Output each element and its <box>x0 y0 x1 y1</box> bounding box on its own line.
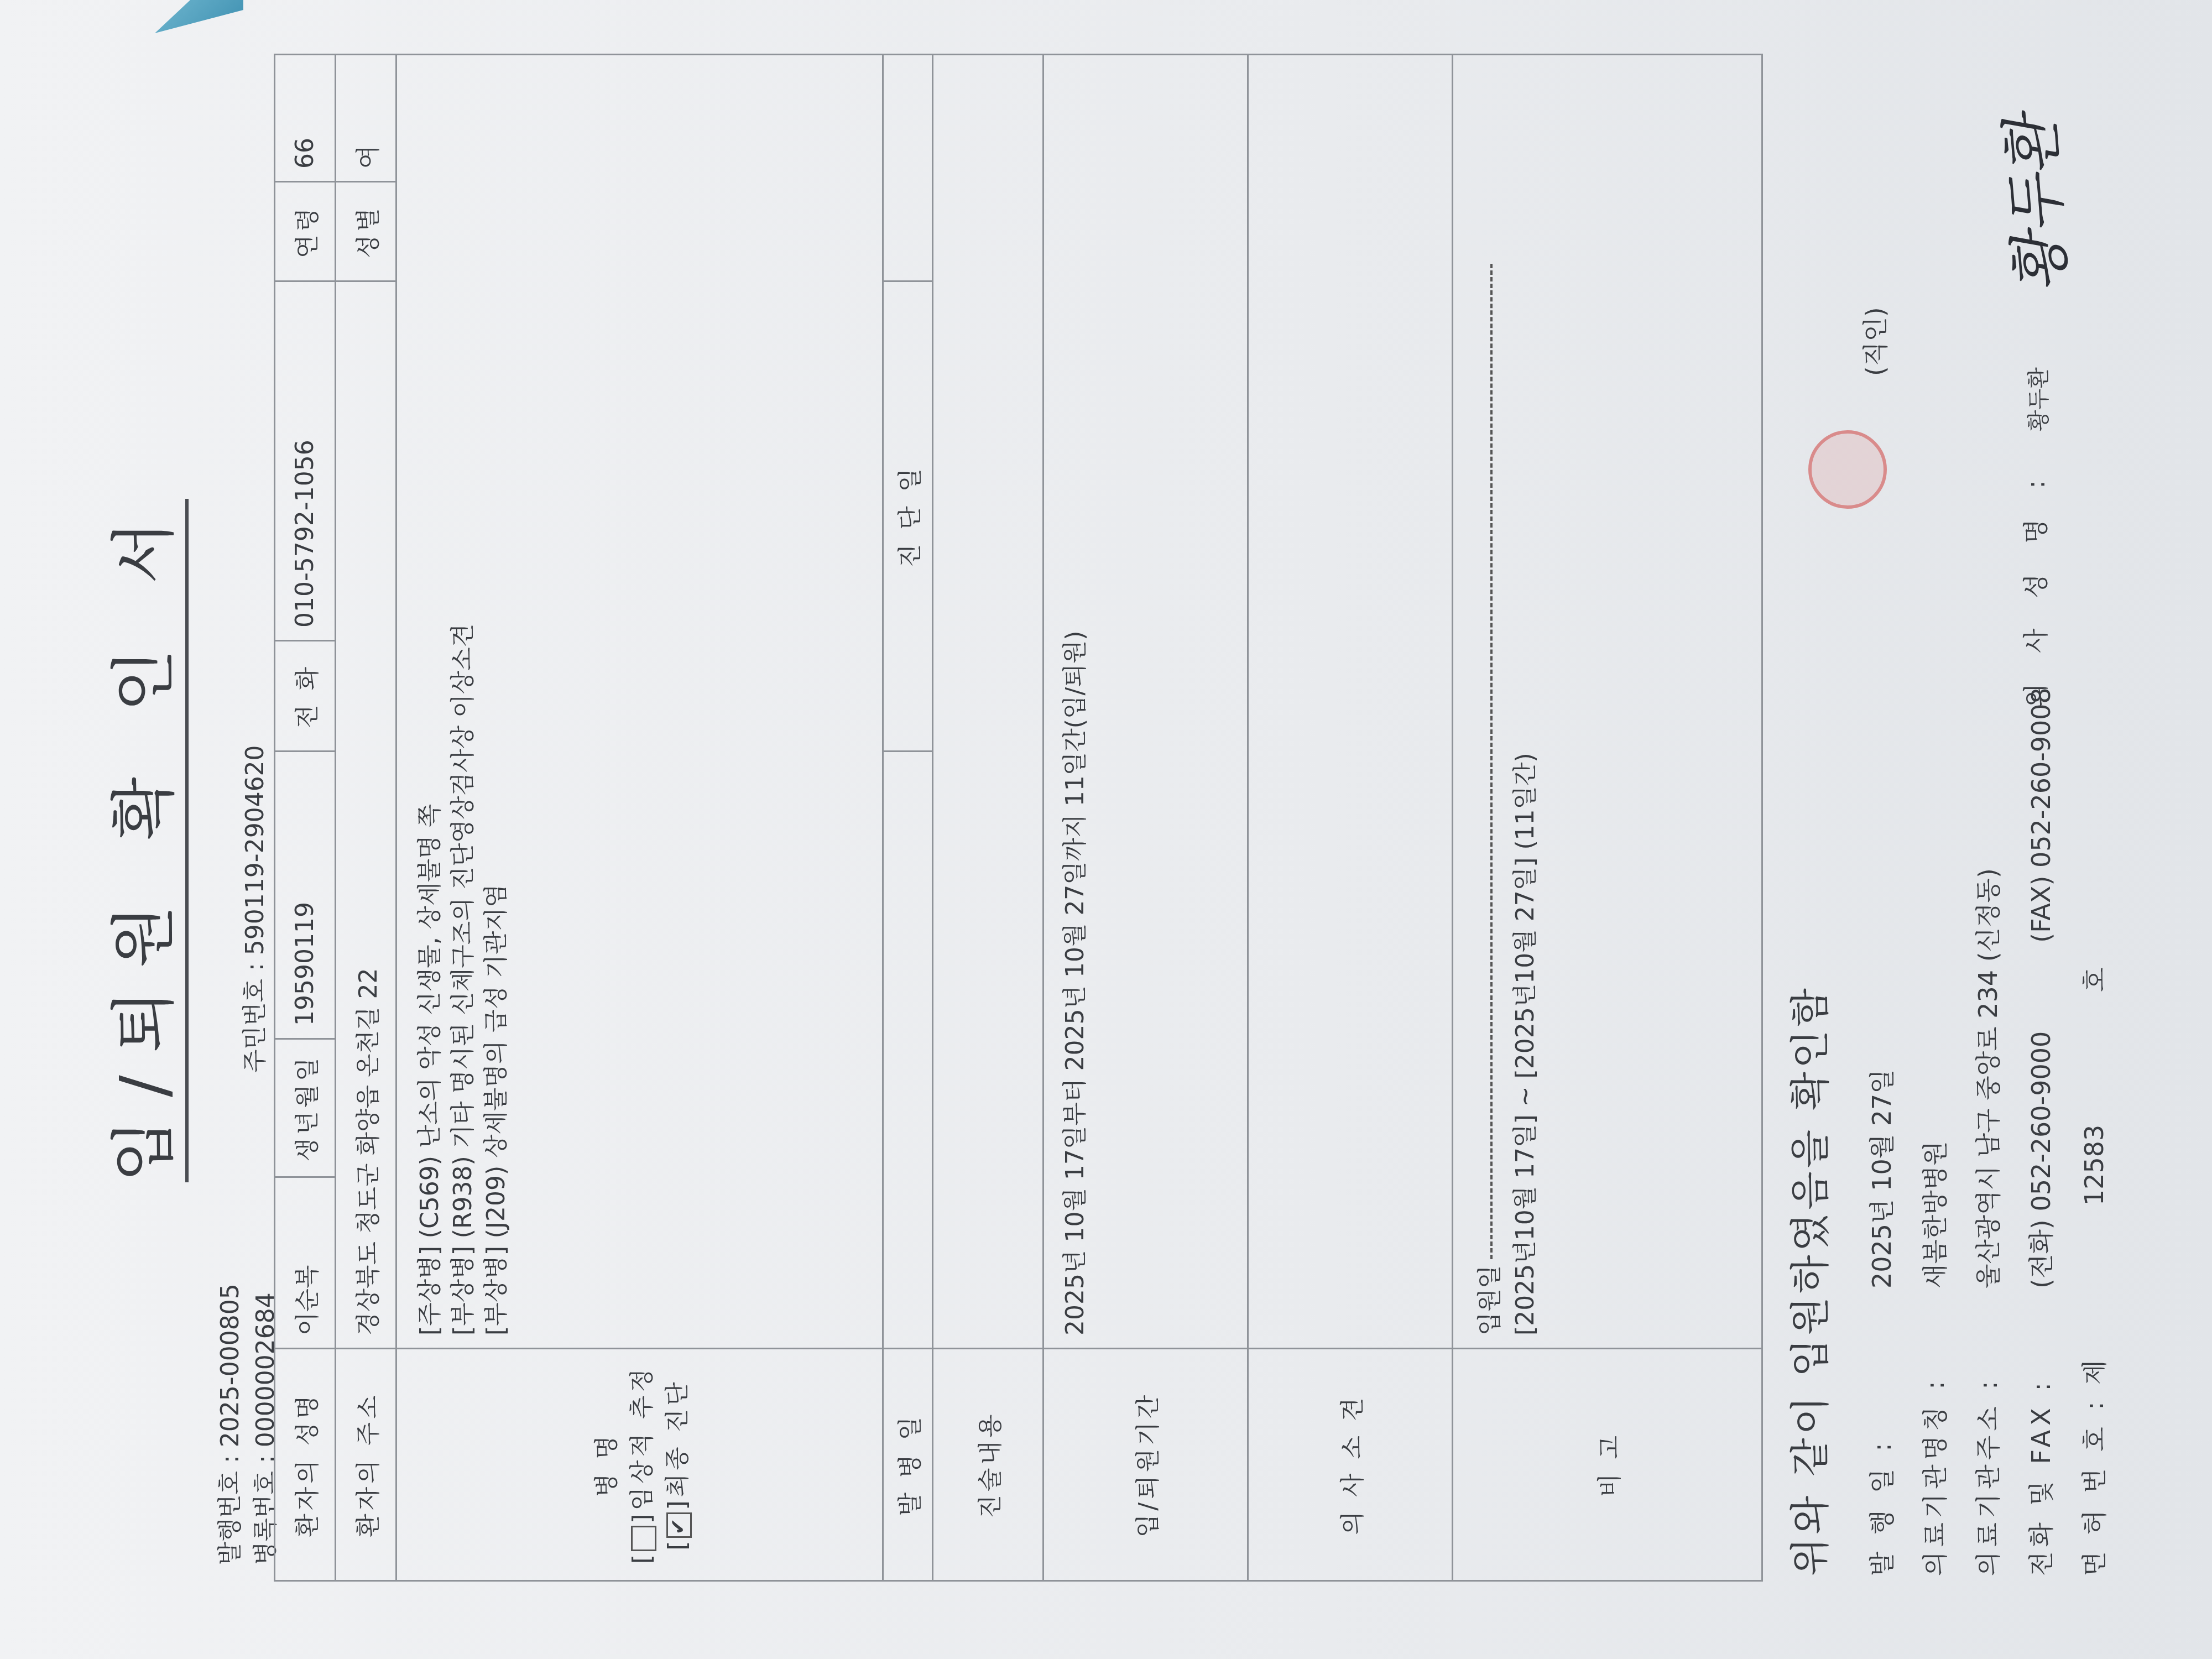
label-opinion: 의 사 소 견 <box>1248 1349 1453 1581</box>
label-statement: 진술내용 <box>933 1349 1044 1581</box>
org-address-row: 의료기관주소 :울산광역시 남구 중앙로 234 (신정동) <box>1961 83 2015 1576</box>
row-statement: 진술내용 <box>933 55 1044 1581</box>
period-value: 2025년 10월 17일부터 2025년 10월 27일까지 11일간(입/퇴… <box>1044 55 1248 1349</box>
label-address: 환자의 주소 <box>336 1349 397 1581</box>
dashed-separator <box>1490 264 1493 1259</box>
label-age: 연령 <box>275 182 336 281</box>
diagnosis-type: 병 명 []임상적 추정 [✔]최종 진단 <box>397 1349 883 1581</box>
row-diagnosis: 병 명 []임상적 추정 [✔]최종 진단 [주상병] (C569) 난소의 악… <box>397 55 883 1581</box>
doctor-signature: 황두환 <box>1982 114 2081 296</box>
doctor-name: 황두환 <box>2021 367 2053 431</box>
row-remarks: 비 고 입원일 [2025년10월 17일] ~ [2025년10월 27일] … <box>1453 55 1762 1581</box>
diagnosis-date <box>883 55 933 281</box>
row-onset: 발 병 일 진 단 일 <box>883 55 933 1581</box>
label-phone: 전 화 <box>275 641 336 752</box>
row-period: 입/퇴원기간 2025년 10월 17일부터 2025년 10월 27일까지 1… <box>1044 55 1248 1581</box>
patient-address: 경상북도 청도군 화양읍 온천길 22 <box>336 281 397 1349</box>
label-onset: 발 병 일 <box>883 1349 933 1581</box>
diagnosis-main: [주상병] (C569) 난소의 악성 신생물, 상세불명 쪽 <box>414 67 447 1335</box>
admission-discharge-certificate: 입/퇴원 확 인 서 발행번호 : 2025-000805 병록번호 : 000… <box>30 33 2212 1648</box>
onset-date <box>883 752 933 1349</box>
patient-age: 66 <box>275 55 336 182</box>
label-birth: 생년월일 <box>275 1039 336 1177</box>
page-title: 입/퇴원 확 인 서 <box>91 33 185 1648</box>
option-final-diagnosis[interactable]: [✔]최종 진단 <box>658 1361 693 1568</box>
label-sex: 성별 <box>336 182 397 281</box>
admit-range: [2025년10월 17일] ~ [2025년10월 27일] (11일간) <box>1505 67 1541 1335</box>
certificate-footer: 위와 같이 입원하였음을 확인함 발 행 일 :2025년 10월 27일 의료… <box>1778 83 2121 1576</box>
remarks-value: 입원일 [2025년10월 17일] ~ [2025년10월 27일] (11일… <box>1453 55 1762 1349</box>
certificate-table: 환자의 성명 이순복 생년월일 19590119 전 화 010-5792-10… <box>274 54 1763 1582</box>
label-patient-name: 환자의 성명 <box>275 1349 336 1581</box>
option-clinical-estimate[interactable]: []임상적 추정 <box>622 1361 658 1568</box>
diagnosis-sub-2: [부상병] (J209) 상세불명의 급성 기관지염 <box>480 67 513 1335</box>
resident-number: 주민번호 : 590119-2904620 <box>235 745 270 1073</box>
tel-fax-row: 전화 및 FAX :(전화) 052-260-9000(FAX) 052-260… <box>2015 83 2068 1576</box>
patient-birth: 19590119 <box>275 752 336 1039</box>
confirmation-statement: 위와 같이 입원하였음을 확인함 <box>1778 83 1835 1576</box>
checkbox-clinical-estimate[interactable] <box>631 1526 656 1551</box>
label-remarks: 비 고 <box>1453 1349 1762 1581</box>
label-period: 입/퇴원기간 <box>1044 1349 1248 1581</box>
admit-dates-header: 입원일 <box>1470 67 1505 1335</box>
patient-name: 이순복 <box>275 1177 336 1349</box>
hospital-seal-icon <box>1808 430 1887 509</box>
patient-phone: 010-5792-1056 <box>275 281 336 641</box>
issue-number: 발행번호 : 2025-000805 <box>213 1284 248 1565</box>
row-patient-address: 환자의 주소 경상북도 청도군 화양읍 온천길 22 성별 여 <box>336 55 397 1581</box>
diagnosis-list: [주상병] (C569) 난소의 악성 신생물, 상세불명 쪽 [부상병] (R… <box>397 55 883 1349</box>
row-opinion: 의 사 소 견 <box>1248 55 1453 1581</box>
seal-note: (직인) <box>1855 307 1892 376</box>
row-patient-name: 환자의 성명 이순복 생년월일 19590119 전 화 010-5792-10… <box>275 55 336 1581</box>
statement-value <box>933 55 1044 1349</box>
patient-sex: 여 <box>336 55 397 182</box>
doctor-label: 의 사 성 명 : <box>2016 469 2052 708</box>
org-name-row: 의료기관명칭 :새봄한방병원 <box>1908 83 1961 1576</box>
diagnosis-sub-1: [부상병] (R938) 기타 명시된 신체구조의 진단영상검사상 이상소견 <box>447 67 480 1335</box>
label-diagnosis-date: 진 단 일 <box>883 281 933 752</box>
checkbox-final-diagnosis[interactable]: ✔ <box>666 1512 692 1538</box>
license-row: 면 허 번 호 : 제12583호 <box>2068 83 2121 1576</box>
opinion-value <box>1248 55 1453 1349</box>
document-meta: 발행번호 : 2025-000805 병록번호 : 0000002684 <box>213 1284 284 1565</box>
